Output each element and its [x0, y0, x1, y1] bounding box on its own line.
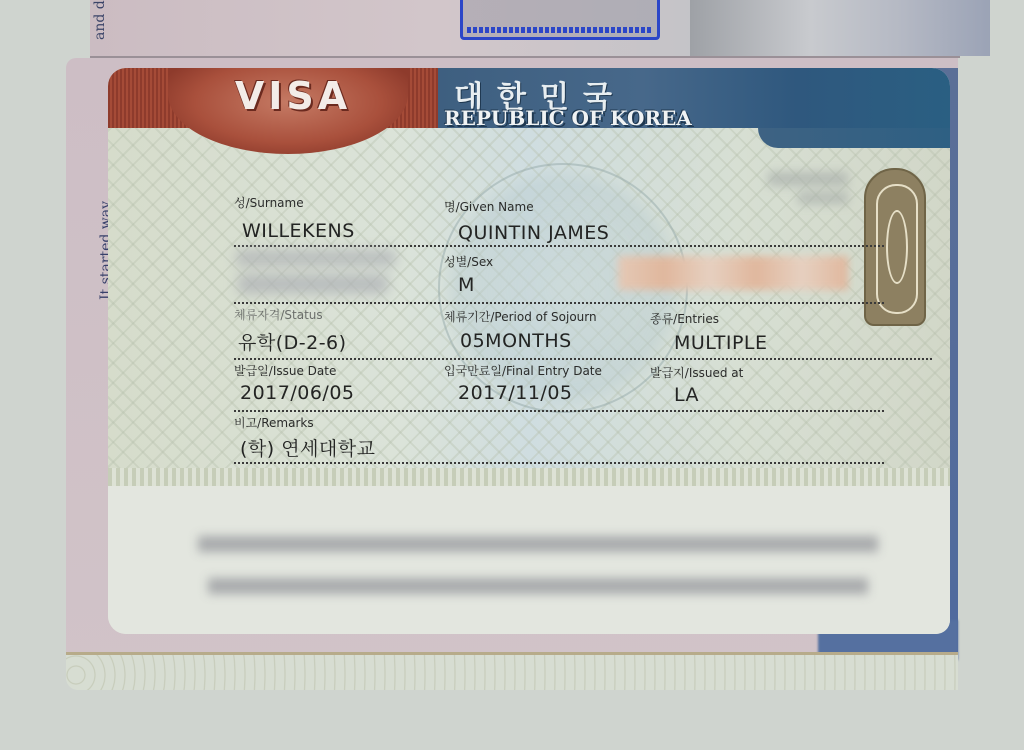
- row-divider: [234, 462, 884, 464]
- mrz-line-2-redacted: [208, 578, 868, 594]
- previous-page: and d: [90, 0, 960, 58]
- visa-number-redacted: [768, 172, 848, 186]
- row-divider: [234, 358, 934, 360]
- issue-date-value: 2017/06/05: [240, 382, 355, 404]
- visa-sticker: VISA 대한민국 REPUBLIC OF KOREA 성/Surname WI…: [108, 68, 950, 634]
- visa-number-redacted-2: [798, 192, 848, 204]
- given-name-value: QUINTIN JAMES: [458, 222, 609, 244]
- period-of-sojourn-label: 체류기간/Period of Sojourn: [444, 308, 597, 325]
- mrz-line-1-redacted: [198, 536, 878, 552]
- surname-value: WILLEKENS: [242, 220, 355, 242]
- previous-page-side-text: and d: [92, 0, 110, 40]
- country-band-tail: [758, 128, 950, 148]
- issue-date-label: 발급일/Issue Date: [234, 362, 336, 379]
- birth-date-value-redacted: [238, 274, 388, 294]
- entries-label: 종류/Entries: [650, 310, 719, 327]
- sex-value: M: [458, 274, 475, 296]
- issued-at-label: 발급지/Issued at: [650, 364, 743, 381]
- given-name-label: 명/Given Name: [444, 198, 534, 215]
- entries-value: MULTIPLE: [674, 332, 768, 354]
- birth-date-label-redacted: [236, 250, 396, 266]
- country-name-english: REPUBLIC OF KOREA: [444, 106, 692, 130]
- final-entry-date-label: 입국만료일/Final Entry Date: [444, 362, 602, 379]
- passport: and d It started way VISA 대한민국 REPUBLIC …: [58, 0, 960, 700]
- status-value: 유학(D-2-6): [238, 328, 347, 355]
- page-watermark: [690, 0, 990, 56]
- entry-stamp-icon: [460, 0, 660, 40]
- row-divider: [234, 302, 884, 304]
- issued-at-value: LA: [674, 384, 699, 406]
- surname-label: 성/Surname: [234, 194, 304, 211]
- zigzag-border: [108, 468, 950, 486]
- final-entry-date-value: 2017/11/05: [458, 382, 573, 404]
- period-of-sojourn-value: 05MONTHS: [460, 330, 572, 352]
- row-divider: [234, 410, 884, 412]
- page-stack-edge: [66, 652, 958, 690]
- passport-number-redacted: [618, 256, 848, 290]
- visa-title: VISA: [208, 74, 378, 118]
- mrz-zone: [108, 486, 950, 634]
- row-divider: [234, 245, 884, 247]
- remarks-value: (학) 연세대학교: [240, 434, 376, 461]
- sex-label: 성별/Sex: [444, 253, 493, 270]
- remarks-label: 비고/Remarks: [234, 414, 314, 431]
- status-label: 체류자격/Status: [234, 306, 323, 323]
